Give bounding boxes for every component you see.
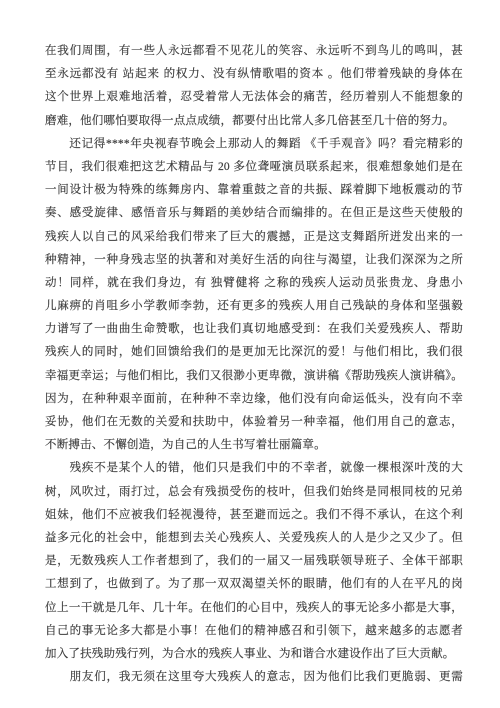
text-line: 磨难，他们哪怕要取得一点点成绩，都要付出比常人多几倍甚至几十倍的努力。 — [45, 110, 463, 133]
text-line: 因为，在种种艰辛面前，在种种不幸边缘，他们没有向命运低头，没有向不幸 — [45, 388, 463, 411]
text-line: 是，无数残疾人工作者想到了，我们的一届又一届残联领导班子、全体干部职 — [45, 550, 463, 573]
text-line: 在我们周围，有一些人永远都看不见花儿的笑容、永远听不到鸟儿的鸣叫，甚 — [45, 40, 463, 63]
text-line: 不断搏击、不懈创造，为自己的人生书写着壮丽篇章。 — [45, 434, 463, 457]
text-line: 工想到了，也做到了。为了那一双双渴望关怀的眼睛，他们有的人在平凡的岗 — [45, 573, 463, 596]
text-line: 朋友们，我无须在这里夸大残疾人的意志，因为他们比我们更脆弱、更需 — [45, 666, 463, 689]
text-line: 幸福更幸运；与他们相比，我们又很渺小更卑微，演讲稿《帮助残疾人演讲稿》。 — [45, 365, 463, 388]
essay-text: 在我们周围，有一些人永远都看不见花儿的笑容、永远听不到鸟儿的鸣叫，甚至永远都没有… — [45, 40, 463, 689]
text-line: 种精神，一种身残志坚的执著和对美好生活的向往与渴望，让我们深深为之所 — [45, 249, 463, 272]
text-line: 还记得****年央视春节晚会上那动人的舞蹈 《千手观音》吗？看完精彩的 — [45, 133, 463, 156]
text-line: 这个世界上艰难地活着，忍受着常人无法体会的痛苦，经历着别人不能想象的 — [45, 86, 463, 109]
text-line: 加入了扶残助残行列，为合水的残疾人事业、为和谐合水建设作出了巨大贡献。 — [45, 643, 463, 666]
text-line: 动！同样，就在我们身边，有 独臂健将 之称的残疾人运动员张贵龙、身患小 — [45, 272, 463, 295]
text-line: 姐妹，他们不应被我们轻视漫待，甚至避而远之。我们不得不承认，在这个利 — [45, 504, 463, 527]
text-line: 一间设计极为特殊的练舞房内、靠着重鼓之音的共振、踩着脚下地板震动的节 — [45, 179, 463, 202]
text-line: 奏、感受旋律、感悟音乐与舞蹈的美妙结合而编排的。在但正是这些天使般的 — [45, 202, 463, 225]
text-line: 树，风吹过，雨打过，总会有残损受伤的枝叶，但我们始终是同根同枝的兄弟 — [45, 481, 463, 504]
text-line: 益多元化的社会中，能想到去关心残疾人、关爱残疾人的人是少之又少了。但 — [45, 527, 463, 550]
text-line: 残疾人的同时，她们回馈给我们的是更加无比深沉的爱！与他们相比，我们很 — [45, 341, 463, 364]
text-line: 力谱写了一曲曲生命赞歌，也让我们真切地感受到：在我们关爱残疾人、帮助 — [45, 318, 463, 341]
text-line: 儿麻痹的肖咀乡小学教师李勃，还有更多的残疾人用自己残缺的身体和坚强毅 — [45, 295, 463, 318]
document-page: 在我们周围，有一些人永远都看不见花儿的笑容、永远听不到鸟儿的鸣叫，甚至永远都没有… — [0, 0, 500, 708]
text-line: 残疾人以自己的风采给我们带来了巨大的震撼，正是这支舞蹈所迸发出来的一 — [45, 226, 463, 249]
text-line: 自己的事无论多大都是小事！在他们的精神感召和引领下，越来越多的志愿者 — [45, 620, 463, 643]
text-line: 妥协，他们在无数的关爱和扶助中，体验着另一种幸福，他们用自己的意志， — [45, 411, 463, 434]
text-line: 位上一干就是几年、几十年。在他们的心目中，残疾人的事无论多小都是大事， — [45, 597, 463, 620]
text-line: 至永远都没有 站起来 的权力、没有纵情歌唱的资本 。他们带着残缺的身体在 — [45, 63, 463, 86]
text-line: 残疾不是某个人的错，他们只是我们中的不幸者，就像一棵根深叶茂的大 — [45, 457, 463, 480]
text-line: 节目，我们很难把这艺术精品与 20 多位聋哑演员联系起来，很难想象她们是在 — [45, 156, 463, 179]
